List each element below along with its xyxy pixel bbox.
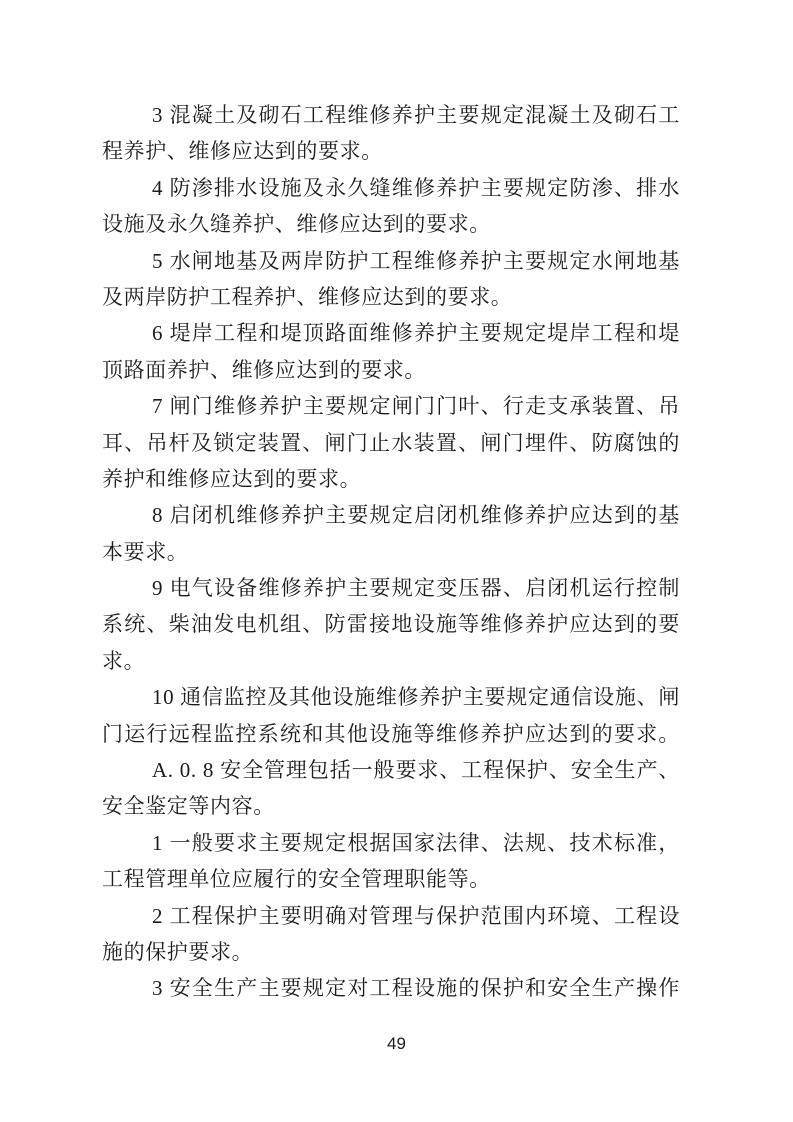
document-page: 3 混凝土及砌石工程维修养护主要规定混凝土及砌石工程养护、维修应达到的要求。4 … bbox=[0, 0, 793, 1122]
body-text-block: 3 混凝土及砌石工程维修养护主要规定混凝土及砌石工程养护、维修应达到的要求。4 … bbox=[102, 97, 680, 1007]
text-line: 10 通信监控及其他设施维修养护主要规定通信设施、闸 bbox=[102, 679, 680, 715]
page-number: 49 bbox=[0, 1034, 793, 1054]
text-line: 1 一般要求主要规定根据国家法律、法规、技术标准， bbox=[102, 825, 680, 861]
text-line: 耳、吊杆及锁定装置、闸门止水装置、闸门埋件、防腐蚀的 bbox=[102, 425, 680, 461]
text-line: 3 安全生产主要规定对工程设施的保护和安全生产操作 bbox=[102, 970, 680, 1006]
text-line: 8 启闭机维修养护主要规定启闭机维修养护应达到的基 bbox=[102, 497, 680, 533]
text-line: 养护和维修应达到的要求。 bbox=[102, 461, 680, 497]
text-line: 4 防渗排水设施及永久缝维修养护主要规定防渗、排水 bbox=[102, 170, 680, 206]
text-line: 本要求。 bbox=[102, 534, 680, 570]
text-line: 2 工程保护主要明确对管理与保护范围内环境、工程设 bbox=[102, 898, 680, 934]
text-line: 程养护、维修应达到的要求。 bbox=[102, 133, 680, 169]
text-line: 系统、柴油发电机组、防雷接地设施等维修养护应达到的要 bbox=[102, 606, 680, 642]
text-line: 安全鉴定等内容。 bbox=[102, 788, 680, 824]
text-line: 6 堤岸工程和堤顶路面维修养护主要规定堤岸工程和堤 bbox=[102, 315, 680, 351]
text-line: 门运行远程监控系统和其他设施等维修养护应达到的要求。 bbox=[102, 716, 680, 752]
text-line: 工程管理单位应履行的安全管理职能等。 bbox=[102, 861, 680, 897]
text-line: A. 0. 8 安全管理包括一般要求、工程保护、安全生产、 bbox=[102, 752, 680, 788]
text-line: 9 电气设备维修养护主要规定变压器、启闭机运行控制 bbox=[102, 570, 680, 606]
text-line: 3 混凝土及砌石工程维修养护主要规定混凝土及砌石工 bbox=[102, 97, 680, 133]
text-line: 设施及永久缝养护、维修应达到的要求。 bbox=[102, 206, 680, 242]
text-line: 7 闸门维修养护主要规定闸门门叶、行走支承装置、吊 bbox=[102, 388, 680, 424]
text-line: 施的保护要求。 bbox=[102, 934, 680, 970]
text-line: 顶路面养护、维修应达到的要求。 bbox=[102, 352, 680, 388]
text-line: 5 水闸地基及两岸防护工程维修养护主要规定水闸地基 bbox=[102, 243, 680, 279]
text-line: 及两岸防护工程养护、维修应达到的要求。 bbox=[102, 279, 680, 315]
text-line: 求。 bbox=[102, 643, 680, 679]
